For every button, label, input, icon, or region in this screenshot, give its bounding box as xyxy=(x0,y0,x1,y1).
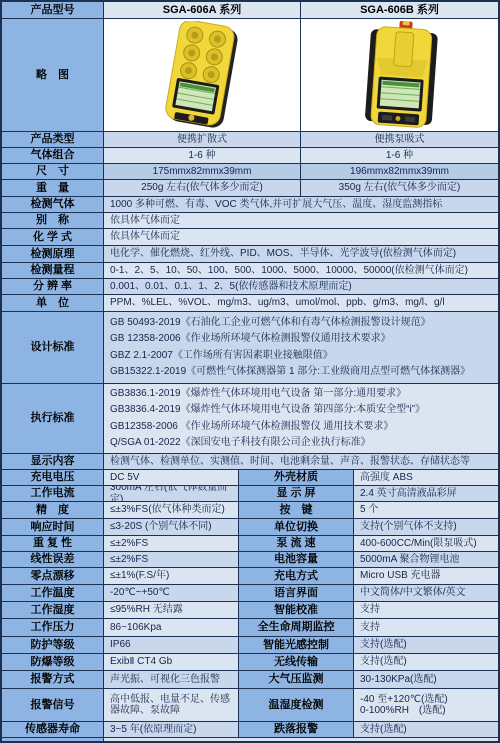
row-value: 3~5 年(依原理而定) xyxy=(104,722,239,737)
value-b: 便携泵吸式 xyxy=(301,132,498,147)
row-label: 充电电压 xyxy=(2,470,104,485)
table-row-working-pressure: 工作压力 86~106Kpa 全生命周期监控 支持 xyxy=(2,619,498,637)
row-label: 设计标准 xyxy=(2,312,104,383)
row-label: 工作温度 xyxy=(2,585,104,601)
sketch-row: 略 图 xyxy=(2,19,498,132)
row-value: 检测气体、检测单位、实测值、时间、电池剩余量、声音、报警状态、存储状态等 xyxy=(104,454,498,469)
value-a: 便携扩散式 xyxy=(104,132,301,147)
table-row-exec-standards: 执行标准 GB3836.1-2019《爆炸性气体环境用电气设备 第一部分:通用要… xyxy=(2,384,498,454)
table-row-protection-rating: 防护等级 IP66 智能光感控制 支持(选配) xyxy=(2,637,498,654)
table-row-working-current: 工作电流 300mA 左右(依气体数量而定) 显 示 屏 2.4 英寸高清液晶彩… xyxy=(2,486,498,502)
table-header-row: 产品型号 SGA-606A 系列 SGA-606B 系列 xyxy=(2,2,498,19)
row-label-2: 温湿度检测 xyxy=(239,689,354,721)
product-photo-sga-606b xyxy=(301,19,498,131)
table-row-working-humidity: 工作湿度 ≤95%RH 无结露 智能校准 支持 xyxy=(2,602,498,619)
product-photo-sga-606a xyxy=(104,19,301,131)
header-series-b: SGA-606B 系列 xyxy=(301,2,498,18)
header-series-a: SGA-606A 系列 xyxy=(104,2,301,18)
row-value-2: 5 个 xyxy=(354,502,498,518)
row-value: ≤±3%FS(依气体种类而定) xyxy=(104,502,239,518)
row-value-2: 5000mA 聚合物锂电池 xyxy=(354,552,498,567)
table-row-units: 单 位 PPM、%LEL、%VOL、mg/m3、ug/m3、umol/mol、p… xyxy=(2,295,498,312)
value-b: 1-6 种 xyxy=(301,148,498,163)
row-label-2: 单位切换 xyxy=(239,519,354,535)
row-label: 重 量 xyxy=(2,180,104,196)
row-value-2: 高强度 ABS xyxy=(354,470,498,485)
standard-line: GB 50493-2019《石油化工企业可燃气体和有毒气体检测报警设计规范》 xyxy=(110,315,431,332)
row-value-2: 支持(选配) xyxy=(354,654,498,670)
row-value: IP66 xyxy=(104,637,239,653)
row-value: 依具体气体而定 xyxy=(104,229,498,245)
table-row-detection-range: 检测量程 0-1、2、5、10、50、100、500、1000、5000、100… xyxy=(2,263,498,279)
row-label-2: 按 键 xyxy=(239,502,354,518)
row-label-2: 电池容量 xyxy=(239,552,354,567)
table-row-gas-combo: 气体组合 1-6 种 1-6 种 xyxy=(2,148,498,164)
row-label: 传感器寿命 xyxy=(2,722,104,737)
row-value: 86~106Kpa xyxy=(104,619,239,636)
row-value: 0-1、2、5、10、50、100、500、1000、5000、10000、50… xyxy=(104,263,498,278)
table-row-design-standards: 设计标准 GB 50493-2019《石油化工企业可燃气体和有毒气体检测报警设计… xyxy=(2,312,498,384)
row-value-2: 支持(个别气体不支持) xyxy=(354,519,498,535)
exec-standards-list: GB3836.1-2019《爆炸性气体环境用电气设备 第一部分:通用要求》 GB… xyxy=(104,384,498,453)
row-value: 依具体气体而定 xyxy=(104,213,498,228)
value-b: 350g 左右(依气体多少而定) xyxy=(301,180,498,196)
gas-detector-b-illustration xyxy=(310,21,490,129)
row-label: 产品类型 xyxy=(2,132,104,147)
row-label: 检测气体 xyxy=(2,197,104,212)
standard-line: GBZ 2.1-2007《工作场所有害因素职业接触限值》 xyxy=(110,348,333,365)
table-row-alias: 别 称 依具体气体而定 xyxy=(2,213,498,229)
value-b: 196mmx82mmx39mm xyxy=(301,164,498,179)
row-value-2: 30-130KPa(选配) xyxy=(354,671,498,688)
row-label-2: 全生命周期监控 xyxy=(239,619,354,636)
row-value xyxy=(104,738,498,743)
row-value: 0.001、0.01、0.1、1、2、5(依传感器和技术原理而定) xyxy=(104,279,498,294)
table-row-response-time: 响应时间 ≤3-20S (个别气体不同) 单位切换 支持(个别气体不支持) xyxy=(2,519,498,536)
standard-line: Q/SGA 01-2022《深国安电子科技有限公司企业执行标准》 xyxy=(110,435,371,452)
row-label-2: 泵 流 速 xyxy=(239,536,354,551)
table-row-sensor-life: 传感器寿命 3~5 年(依原理而定) 跌落报警 支持(选配) xyxy=(2,722,498,738)
row-label: 检测原理 xyxy=(2,246,104,262)
table-row-accuracy: 精 度 ≤±3%FS(依气体种类而定) 按 键 5 个 xyxy=(2,502,498,519)
standard-line: GB3836.1-2019《爆炸性气体环境用电气设备 第一部分:通用要求》 xyxy=(110,386,406,403)
row-value-2: 支持(选配) xyxy=(354,637,498,653)
table-row-working-temperature: 工作温度 -20℃~+50℃ 语言界面 中文简体/中文繁体/英文 xyxy=(2,585,498,602)
row-value: ≤3-20S (个别气体不同) xyxy=(104,519,239,535)
row-value: 电化学、催化燃烧、红外线、PID、MOS、半导体、光学波导(依检测气体而定) xyxy=(104,246,498,262)
row-value-2: 2.4 英寸高清液晶彩屏 xyxy=(354,486,498,501)
row-value: ≤±2%FS xyxy=(104,552,239,567)
row-label-2: 跌落报警 xyxy=(239,722,354,737)
row-label: 化 学 式 xyxy=(2,229,104,245)
row-label-2: 显 示 屏 xyxy=(239,486,354,501)
table-row-alarm-signal: 报警信号 高中低报、电量不足、传感器故障、泵故障 温湿度检测 -40 至+120… xyxy=(2,689,498,722)
row-label: 气体组合 xyxy=(2,148,104,163)
table-row-weight: 重 量 250g 左右(依气体多少而定) 350g 左右(依气体多少而定) xyxy=(2,180,498,197)
row-value: -20℃~+50℃ xyxy=(104,585,239,601)
row-label: 工作湿度 xyxy=(2,602,104,618)
row-label: 工作压力 xyxy=(2,619,104,636)
row-value: ≤±2%FS xyxy=(104,536,239,551)
row-label xyxy=(2,738,104,743)
table-row-repeatability: 重 复 性 ≤±2%FS 泵 流 速 400-600CC/Min(限泵吸式) xyxy=(2,536,498,552)
row-label: 零点漂移 xyxy=(2,568,104,584)
row-label: 报警信号 xyxy=(2,689,104,721)
table-row-alarm-mode: 报警方式 声光振、可视化三色报警 大气压监测 30-130KPa(选配) xyxy=(2,671,498,689)
value-a: 250g 左右(依气体多少而定) xyxy=(104,180,301,196)
standard-line: GB3836.4-2019《爆炸性气体环境用电气设备 第四部分:本质安全型“i”… xyxy=(110,402,425,419)
table-row-chemical-formula: 化 学 式 依具体气体而定 xyxy=(2,229,498,246)
row-label: 检测量程 xyxy=(2,263,104,278)
row-value: 高中低报、电量不足、传感器故障、泵故障 xyxy=(104,689,239,721)
row-value: 1000 多种可燃、有毒、VOC 类气体,并可扩展大气压、温度、湿度监测指标 xyxy=(104,197,498,212)
gas-detector-a-illustration xyxy=(112,21,292,129)
row-value-2: Micro USB 充电器 xyxy=(354,568,498,584)
row-label-2: 语言界面 xyxy=(239,585,354,601)
row-value-2: 支持(选配) xyxy=(354,722,498,737)
row-label-2: 智能光感控制 xyxy=(239,637,354,653)
table-row-partial xyxy=(2,738,498,743)
row-value-2: 支持 xyxy=(354,619,498,636)
row-label: 响应时间 xyxy=(2,519,104,535)
row-label: 工作电流 xyxy=(2,486,104,501)
row-label-2: 充电方式 xyxy=(239,568,354,584)
table-row-product-type: 产品类型 便携扩散式 便携泵吸式 xyxy=(2,132,498,148)
row-label-2: 无线传输 xyxy=(239,654,354,670)
row-value: ≤±1%(F.S/年) xyxy=(104,568,239,584)
row-label: 执行标准 xyxy=(2,384,104,453)
row-label: 防护等级 xyxy=(2,637,104,653)
table-row-dimensions: 尺 寸 175mmx82mmx39mm 196mmx82mmx39mm xyxy=(2,164,498,180)
table-row-detected-gases: 检测气体 1000 多种可燃、有毒、VOC 类气体,并可扩展大气压、温度、湿度监… xyxy=(2,197,498,213)
table-row-detection-principle: 检测原理 电化学、催化燃烧、红外线、PID、MOS、半导体、光学波导(依检测气体… xyxy=(2,246,498,263)
row-label: 尺 寸 xyxy=(2,164,104,179)
table-row-charge-voltage: 充电电压 DC 5V 外壳材质 高强度 ABS xyxy=(2,470,498,486)
table-row-zero-drift: 零点漂移 ≤±1%(F.S/年) 充电方式 Micro USB 充电器 xyxy=(2,568,498,585)
row-label: 别 称 xyxy=(2,213,104,228)
row-label: 精 度 xyxy=(2,502,104,518)
table-row-explosion-proof-rating: 防爆等级 ExibⅡ CT4 Gb 无线传输 支持(选配) xyxy=(2,654,498,671)
row-value-2: 支持 xyxy=(354,602,498,618)
table-row-linearity-error: 线性误差 ≤±2%FS 电池容量 5000mA 聚合物锂电池 xyxy=(2,552,498,568)
header-product-model: 产品型号 xyxy=(2,2,104,18)
row-value: DC 5V xyxy=(104,470,239,485)
row-value: 声光振、可视化三色报警 xyxy=(104,671,239,688)
row-value-2: 中文简体/中文繁体/英文 xyxy=(354,585,498,601)
table-row-display-content: 显示内容 检测气体、检测单位、实测值、时间、电池剩余量、声音、报警状态、存储状态… xyxy=(2,454,498,470)
row-value: 300mA 左右(依气体数量而定) xyxy=(104,486,239,501)
standard-line: GB15322.1-2019《可燃性气体探测器第 1 部分:工业级商用点型可燃气… xyxy=(110,364,470,381)
row-value: ExibⅡ CT4 Gb xyxy=(104,654,239,670)
row-label: 分 辨 率 xyxy=(2,279,104,294)
sketch-label: 略 图 xyxy=(2,19,104,131)
row-value-2: -40 至+120℃(选配) 0-100%RH (选配) xyxy=(354,689,498,721)
value-a: 1-6 种 xyxy=(104,148,301,163)
row-label: 显示内容 xyxy=(2,454,104,469)
row-label: 防爆等级 xyxy=(2,654,104,670)
row-value: ≤95%RH 无结露 xyxy=(104,602,239,618)
row-label: 线性误差 xyxy=(2,552,104,567)
row-label-2: 大气压监测 xyxy=(239,671,354,688)
row-label: 单 位 xyxy=(2,295,104,311)
row-value-2: 400-600CC/Min(限泵吸式) xyxy=(354,536,498,551)
row-value: PPM、%LEL、%VOL、mg/m3、ug/m3、umol/mol、ppb、g… xyxy=(104,295,498,311)
row-label: 重 复 性 xyxy=(2,536,104,551)
spec-sheet-table: 产品型号 SGA-606A 系列 SGA-606B 系列 略 图 xyxy=(0,0,500,743)
table-row-resolution: 分 辨 率 0.001、0.01、0.1、1、2、5(依传感器和技术原理而定) xyxy=(2,279,498,295)
design-standards-list: GB 50493-2019《石油化工企业可燃气体和有毒气体检测报警设计规范》 G… xyxy=(104,312,498,383)
row-label-2: 外壳材质 xyxy=(239,470,354,485)
row-label-2: 智能校准 xyxy=(239,602,354,618)
standard-line: GB 12358-2006《作业场所环境气体检测报警仪通用技术要求》 xyxy=(110,331,391,348)
row-label: 报警方式 xyxy=(2,671,104,688)
standard-line: GB12358-2006 《作业场所环境气体检测报警仪 通用技术要求》 xyxy=(110,419,393,436)
value-a: 175mmx82mmx39mm xyxy=(104,164,301,179)
